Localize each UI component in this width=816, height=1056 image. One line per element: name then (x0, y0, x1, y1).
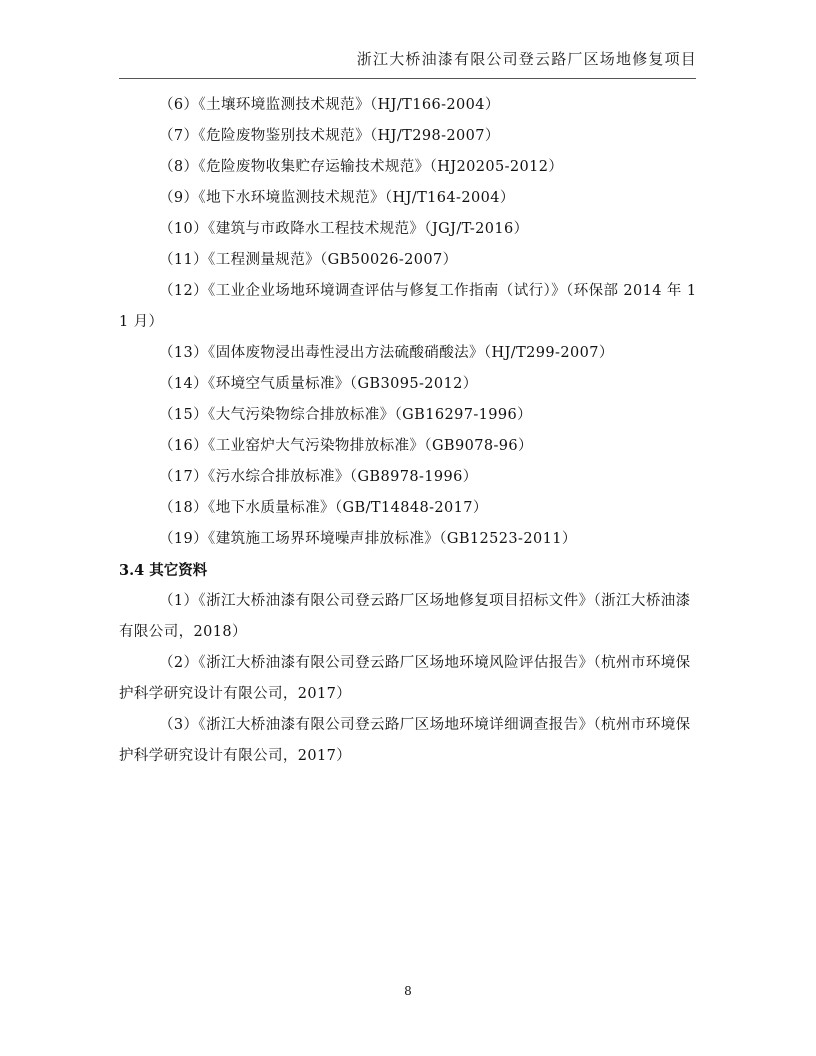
reference-item: （14）《环境空气质量标准》（GB3095-2012） (119, 369, 697, 400)
reference-item: （18）《地下水质量标准》（GB/T14848-2017） (119, 493, 697, 524)
section-heading: 3.4 其它资料 (119, 555, 697, 586)
other-material-item: （3）《浙江大桥油漆有限公司登云路厂区场地环境详细调查报告》（杭州市环境保护科学… (119, 710, 697, 772)
reference-item: （8）《危险废物收集贮存运输技术规范》（HJ20205-2012） (119, 152, 697, 183)
other-material-item: （2）《浙江大桥油漆有限公司登云路厂区场地环境风险评估报告》（杭州市环境保护科学… (119, 648, 697, 710)
reference-item: （12）《工业企业场地环境调查评估与修复工作指南（试行）》（环保部 2014 年… (119, 276, 697, 338)
reference-item: （17）《污水综合排放标准》（GB8978-1996） (119, 462, 697, 493)
document-body: （6）《土壤环境监测技术规范》（HJ/T166-2004） （7）《危险废物鉴别… (119, 90, 697, 772)
running-header-title: 浙江大桥油漆有限公司登云路厂区场地修复项目 (357, 48, 697, 69)
header-divider (119, 78, 696, 79)
reference-item: （19）《建筑施工场界环境噪声排放标准》（GB12523-2011） (119, 524, 697, 555)
reference-item: （13）《固体废物浸出毒性浸出方法硫酸硝酸法》（HJ/T299-2007） (119, 338, 697, 369)
reference-item: （11）《工程测量规范》（GB50026-2007） (119, 245, 697, 276)
other-material-item: （1）《浙江大桥油漆有限公司登云路厂区场地修复项目招标文件》（浙江大桥油漆有限公… (119, 586, 697, 648)
reference-item: （16）《工业窑炉大气污染物排放标准》（GB9078-96） (119, 431, 697, 462)
reference-item: （15）《大气污染物综合排放标准》（GB16297-1996） (119, 400, 697, 431)
reference-item: （7）《危险废物鉴别技术规范》（HJ/T298-2007） (119, 121, 697, 152)
page-number: 8 (0, 984, 816, 998)
reference-item: （10）《建筑与市政降水工程技术规范》（JGJ/T-2016） (119, 214, 697, 245)
reference-item: （9）《地下水环境监测技术规范》（HJ/T164-2004） (119, 183, 697, 214)
reference-item: （6）《土壤环境监测技术规范》（HJ/T166-2004） (119, 90, 697, 121)
